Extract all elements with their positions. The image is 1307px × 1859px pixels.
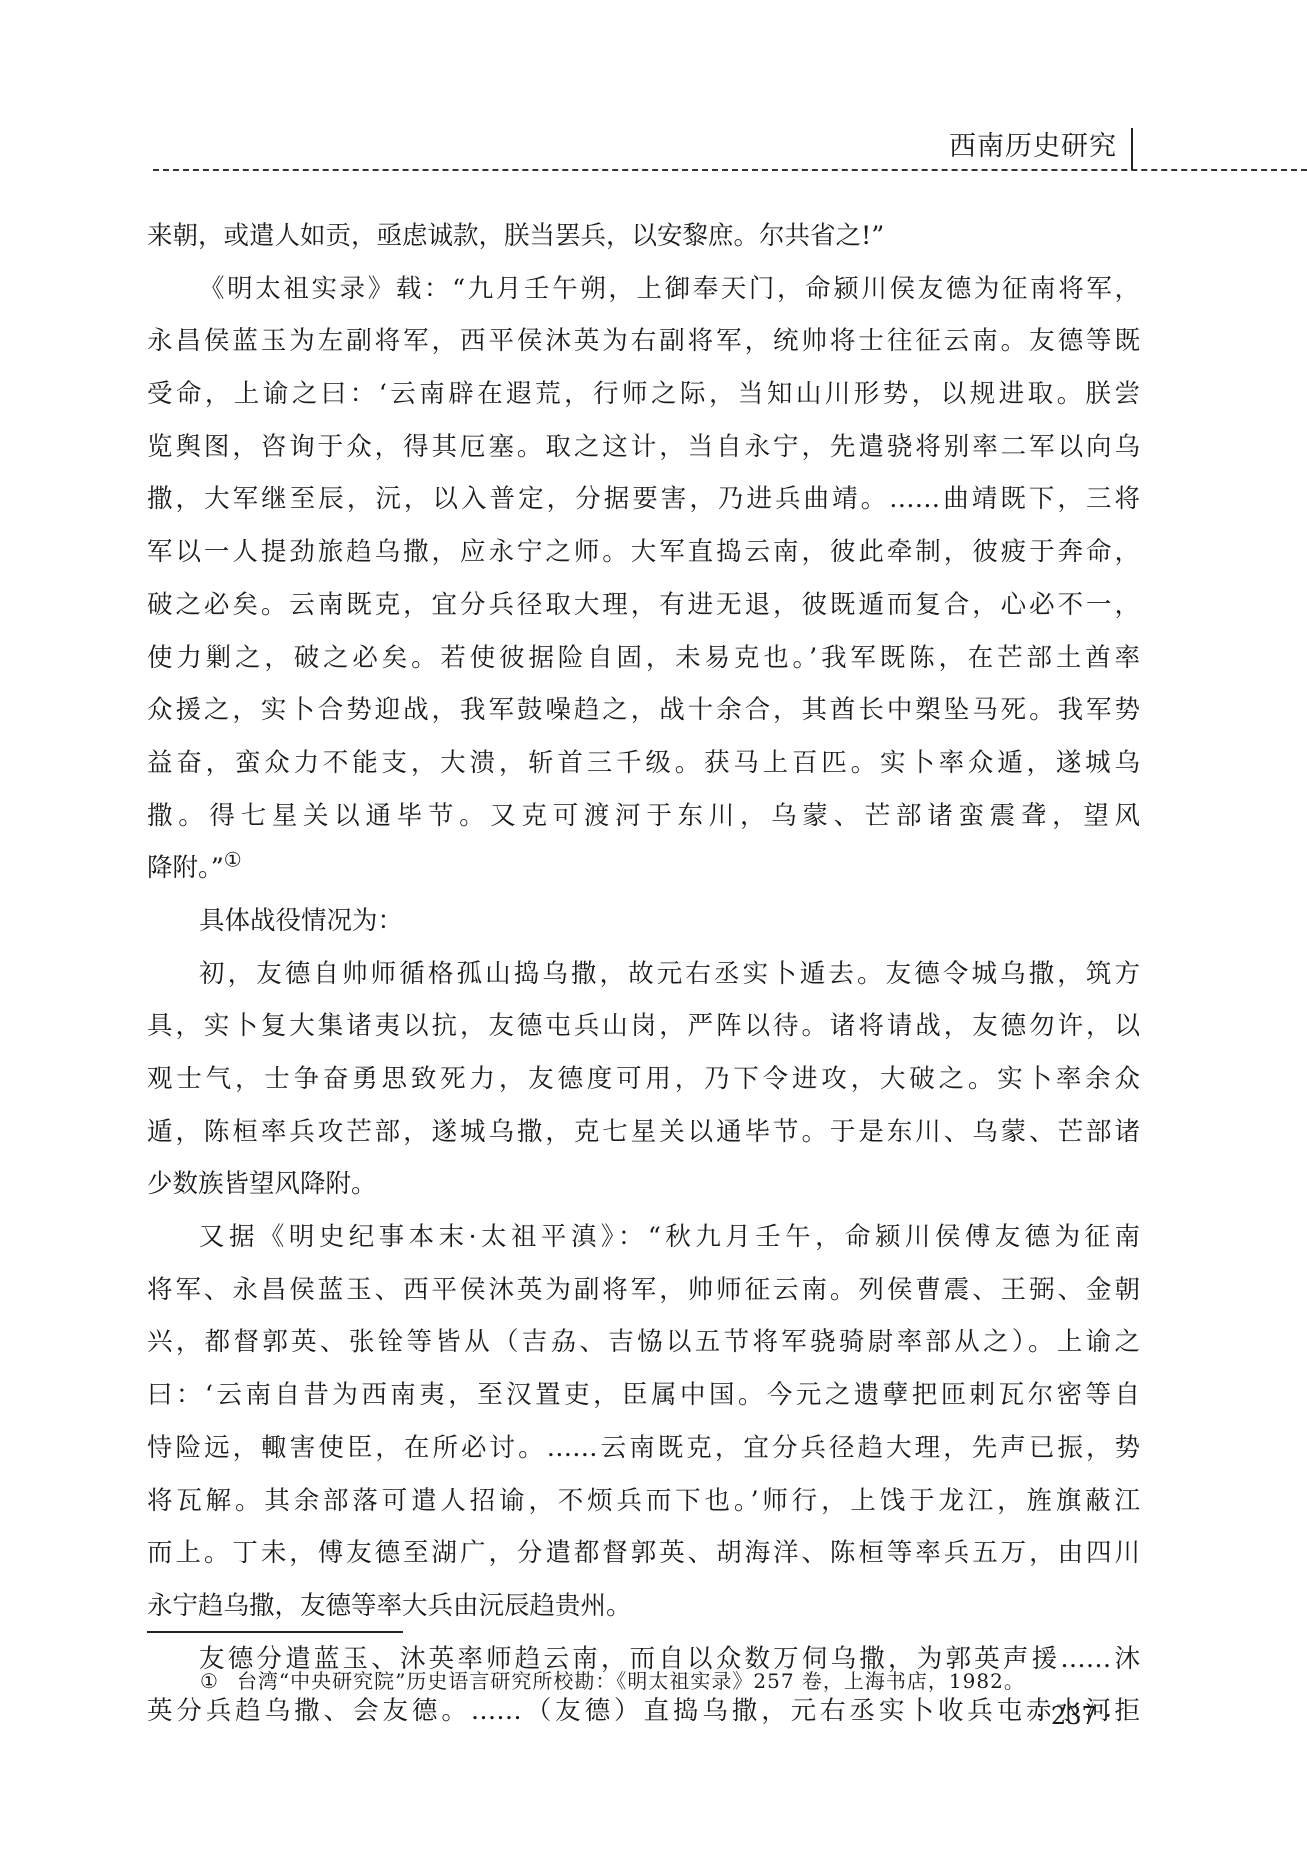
text-line: 益奋，蛮众力不能支，大溃，斩首三千级。获马上百匹。实卜率众遁，遂城乌 — [147, 737, 1140, 790]
text-line: 永昌侯蓝玉为左副将军，西平侯沐英为右副将军，统帅将士往征云南。友德等既 — [147, 315, 1140, 368]
text-line-content: 撒。得七星关以通毕节。又克可渡河于东川，乌蒙、芒部诸蛮震聋，望风 — [147, 801, 1140, 831]
running-head-title: 西南历史研究 — [949, 130, 1117, 164]
text-line: 少数族皆望风降附。 — [147, 1158, 1140, 1211]
text-line-content: 益奋，蛮众力不能支，大溃，斩首三千级。获马上百匹。实卜率众遁，遂城乌 — [147, 748, 1140, 778]
text-line-content: 受命，上谕之曰：‘云南辟在遐荒，行师之际，当知山川形势，以规进取。朕尝 — [147, 379, 1140, 409]
text-line: 永宁趋乌撒，友德等率大兵由沅辰趋贵州。 — [147, 1580, 1140, 1633]
text-line-content: 将军、永昌侯蓝玉、西平侯沐英为副将军，帅师征云南。列侯曹震、王弼、金朝 — [147, 1275, 1140, 1305]
text-line-content: 使力剿之，破之必矣。若使彼据险自固，未易克也。’我军既陈，在芒部土酋率 — [147, 643, 1140, 673]
text-line: 破之必矣。云南既克，宜分兵径取大理，有进无退，彼既遁而复合，心必不一， — [147, 579, 1140, 632]
text-line: 初，友德自帅师循格孤山捣乌撒，故元右丞实卜遁去。友德令城乌撒，筑方 — [147, 948, 1140, 1001]
text-line-content: 初，友德自帅师循格孤山捣乌撒，故元右丞实卜遁去。友德令城乌撒，筑方 — [199, 959, 1140, 989]
footnote: ①台湾“中央研究院”历史语言研究所校勘：《明太祖实录》257 卷，上海书店，19… — [200, 1665, 1025, 1694]
text-line: 来朝，或遣人如贡，亟虑诚款，朕当罢兵，以安黎庶。尔共省之!” — [147, 210, 1140, 263]
text-line-content: 遁，陈桓率兵攻芒部，遂城乌撒，克七星关以通毕节。于是东川、乌蒙、芒部诸 — [147, 1117, 1140, 1147]
text-line-content: 破之必矣。云南既克，宜分兵径取大理，有进无退，彼既遁而复合，心必不一， — [147, 590, 1140, 620]
text-line: 使力剿之，破之必矣。若使彼据险自固，未易克也。’我军既陈，在芒部土酋率 — [147, 632, 1140, 685]
body-text: 来朝，或遣人如贡，亟虑诚款，朕当罢兵，以安黎庶。尔共省之!”《明太祖实录》载：“… — [147, 210, 1140, 1738]
text-line: 降附。”① — [147, 842, 1140, 895]
text-line-content: 军以一人提劲旅趋乌撒，应永宁之师。大军直捣云南，彼此牵制，彼疲于奔命， — [147, 537, 1140, 567]
text-line-content: 少数族皆望风降附。 — [147, 1169, 377, 1199]
text-line-content: 具，实卜复大集诸夷以抗，友德屯兵山岗，严阵以待。诸将请战，友德勿许，以 — [147, 1011, 1140, 1041]
footnote-separator — [147, 1631, 403, 1633]
text-line: 撒，大军继至辰，沅，以入普定，分据要害，乃进兵曲靖。……曲靖既下，三将 — [147, 473, 1140, 526]
text-line-content: 众援之，实卜合势迎战，我军鼓噪趋之，战十余合，其酋长中槊坠马死。我军势 — [147, 695, 1140, 725]
text-line: 撒。得七星关以通毕节。又克可渡河于东川，乌蒙、芒部诸蛮震聋，望风 — [147, 790, 1140, 843]
text-line: 观士气，士争奋勇思致死力，友德度可用，乃下令进攻，大破之。实卜率余众 — [147, 1053, 1140, 1106]
text-line: 将瓦解。其余部落可遣人招谕，不烦兵而下也。’师行，上饯于龙江，旌旗蔽江 — [147, 1475, 1140, 1528]
text-line-content: 来朝，或遣人如贡，亟虑诚款，朕当罢兵，以安黎庶。尔共省之!” — [147, 221, 884, 251]
text-line-content: 将瓦解。其余部落可遣人招谕，不烦兵而下也。’师行，上饯于龙江，旌旗蔽江 — [147, 1486, 1140, 1516]
text-line-content: 而上。丁未，傅友德至湖广，分遣都督郭英、胡海洋、陈桓等率兵五万，由四川 — [147, 1538, 1140, 1568]
footnote-text: 台湾“中央研究院”历史语言研究所校勘：《明太祖实录》257 卷，上海书店，198… — [237, 1669, 1025, 1693]
footnote-mark: ① — [200, 1669, 219, 1693]
text-line-content: 《明太祖实录》载：“九月壬午朔，上御奉天门，命颍川侯友德为征南将军， — [199, 274, 1140, 304]
text-line-content: 观士气，士争奋勇思致死力，友德度可用，乃下令进攻，大破之。实卜率余众 — [147, 1064, 1140, 1094]
header-dashed-rule — [153, 169, 1307, 171]
text-line: 《明太祖实录》载：“九月壬午朔，上御奉天门，命颍川侯友德为征南将军， — [147, 263, 1140, 316]
text-line: 将军、永昌侯蓝玉、西平侯沐英为副将军，帅师征云南。列侯曹震、王弼、金朝 — [147, 1264, 1140, 1317]
text-line: 遁，陈桓率兵攻芒部，遂城乌撒，克七星关以通毕节。于是东川、乌蒙、芒部诸 — [147, 1106, 1140, 1159]
text-line-content: 曰：‘云南自昔为西南夷，至汉置吏，臣属中国。今元之遗孽把匝剌瓦尔密等自 — [147, 1380, 1140, 1410]
text-line: 览舆图，咨询于众，得其厄塞。取之这计，当自永宁，先遣骁将别率二军以向乌 — [147, 421, 1140, 474]
text-line: 军以一人提劲旅趋乌撒，应永宁之师。大军直捣云南，彼此牵制，彼疲于奔命， — [147, 526, 1140, 579]
running-head: 西南历史研究 — [0, 0, 1307, 175]
text-line-content: 英分兵趋乌撒、会友德。……（友德）直捣乌撒，元右丞实卜收兵屯赤水河拒 — [147, 1696, 1140, 1726]
text-line-content: 具体战役情况为： — [199, 906, 403, 936]
page-number: · 237 · — [1036, 1702, 1112, 1730]
text-line-content: 永宁趋乌撒，友德等率大兵由沅辰趋贵州。 — [147, 1591, 632, 1621]
text-line-content: 降附。” — [147, 853, 224, 883]
text-line: 曰：‘云南自昔为西南夷，至汉置吏，臣属中国。今元之遗孽把匝剌瓦尔密等自 — [147, 1369, 1140, 1422]
text-line-content: 撒，大军继至辰，沅，以入普定，分据要害，乃进兵曲靖。……曲靖既下，三将 — [147, 484, 1140, 514]
text-line: 而上。丁未，傅友德至湖广，分遣都督郭英、胡海洋、陈桓等率兵五万，由四川 — [147, 1527, 1140, 1580]
text-line-content: 兴，都督郭英、张铨等皆从（吉劦、吉恊以五节将军骁骑尉率部从之）。上谕之 — [147, 1327, 1140, 1357]
text-line: 又据《明史纪事本末·太祖平滇》：“秋九月壬午，命颍川侯傅友德为征南 — [147, 1211, 1140, 1264]
text-line: 具，实卜复大集诸夷以抗，友德屯兵山岗，严阵以待。诸将请战，友德勿许，以 — [147, 1000, 1140, 1053]
text-line: 受命，上谕之曰：‘云南辟在遐荒，行师之际，当知山川形势，以规进取。朕尝 — [147, 368, 1140, 421]
text-line-content: 览舆图，咨询于众，得其厄塞。取之这计，当自永宁，先遣骁将别率二军以向乌 — [147, 432, 1140, 462]
text-line: 兴，都督郭英、张铨等皆从（吉劦、吉恊以五节将军骁骑尉率部从之）。上谕之 — [147, 1316, 1140, 1369]
text-line-content: 恃险远，輙害使臣，在所必讨。……云南既克，宜分兵径趋大理，先声已振，势 — [147, 1433, 1140, 1463]
running-head-divider — [1131, 128, 1133, 170]
text-line-content: 永昌侯蓝玉为左副将军，西平侯沐英为右副将军，统帅将士往征云南。友德等既 — [147, 326, 1140, 356]
text-line-content: 又据《明史纪事本末·太祖平滇》：“秋九月壬午，命颍川侯傅友德为征南 — [199, 1222, 1140, 1252]
text-line: 恃险远，輙害使臣，在所必讨。……云南既克，宜分兵径趋大理，先声已振，势 — [147, 1422, 1140, 1475]
text-line: 众援之，实卜合势迎战，我军鼓噪趋之，战十余合，其酋长中槊坠马死。我军势 — [147, 684, 1140, 737]
text-line: 具体战役情况为： — [147, 895, 1140, 948]
footnote-reference[interactable]: ① — [224, 848, 242, 872]
